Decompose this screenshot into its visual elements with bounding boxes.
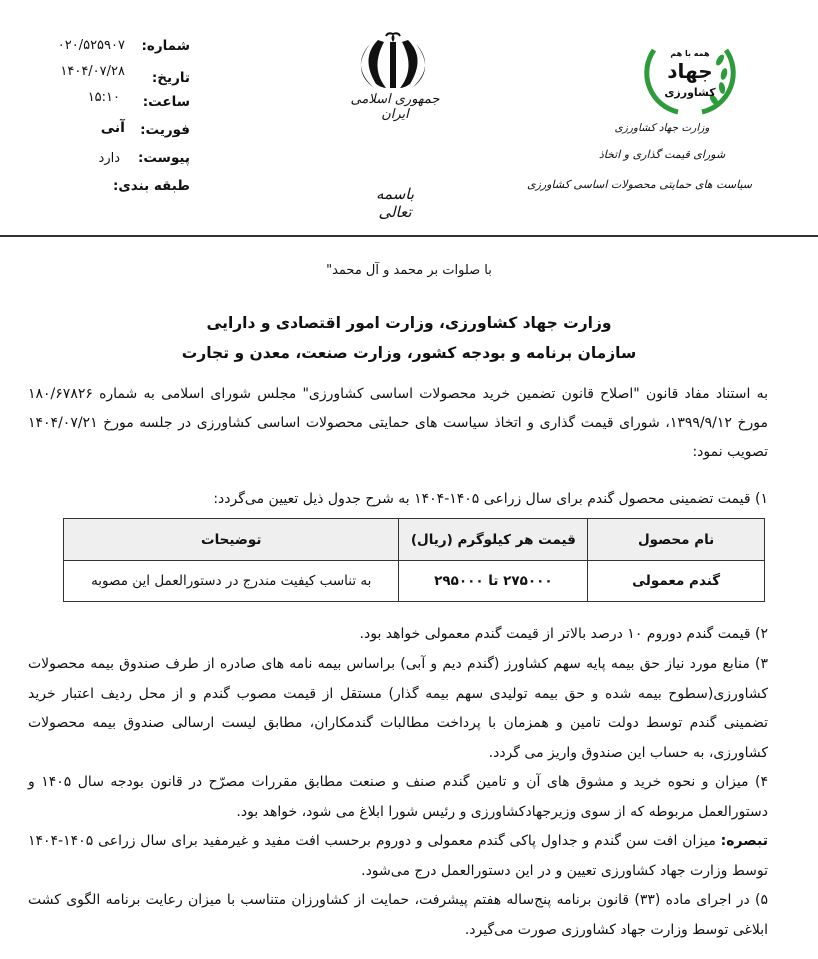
wheat-price-table: نام محصول قیمت هر کیلوگرم (ریال) توضیحات… — [63, 518, 765, 602]
note-label: تبصره: — [721, 833, 768, 849]
meta-label: فوریت: — [140, 122, 190, 138]
header-product: نام محصول — [588, 519, 765, 561]
recipient-line-2: سازمان برنامه و بودجه کشور، وزارت صنعت، … — [0, 338, 818, 368]
meta-classification: طبقه بندی: — [30, 168, 190, 194]
salawat-line: با صلوات بر محمد و آل محمد" — [0, 263, 818, 278]
intro-paragraph: به استناد مفاد قانون "اصلاح قانون تضمین … — [28, 380, 768, 467]
meta-label: شماره: — [141, 38, 190, 54]
svg-text:کشاورزی: کشاورزی — [664, 86, 716, 99]
cell-product: گندم معمولی — [588, 561, 765, 602]
bismillah: باسمه تعالی — [365, 185, 425, 221]
table-row: گندم معمولی ۲۷۵۰۰۰ تا ۲۹۵۰۰۰ به تناسب کی… — [64, 561, 765, 602]
meta-time: ساعت: ۱۵:۱۰ — [30, 90, 190, 116]
jihad-agriculture-logo: همه با هم جهاد کشاورزی — [640, 30, 740, 118]
meta-value: ۱۴۰۴/۰۷/۲۸ — [60, 64, 125, 79]
meta-label: تاریخ: — [152, 70, 190, 86]
meta-label: طبقه بندی: — [113, 178, 190, 194]
note-text: میزان افت سن گندم و جداول پاکی گندم معمو… — [28, 833, 768, 879]
clause-4: ۴) میزان و نحوه خرید و مشوق های آن و تام… — [28, 768, 768, 827]
clause-1: ۱) قیمت تضمینی محصول گندم برای سال زراعی… — [28, 491, 768, 507]
logo-council-line2: سیاست های حمایتی محصولات اساسی کشاورزی — [572, 178, 752, 191]
meta-value: دارد — [99, 151, 120, 166]
clause-5: ۵) در اجرای ماده (۳۳) قانون برنامه پنج‌س… — [28, 886, 768, 945]
recipients: وزارت جهاد کشاورزی، وزارت امور اقتصادی و… — [0, 308, 818, 368]
meta-value: ۰۲۰/۵۲۵۹۰۷ — [58, 38, 125, 53]
meta-label: ساعت: — [143, 94, 190, 110]
meta-value: ۱۵:۱۰ — [88, 90, 120, 105]
logo-council-line1: شورای قیمت گذاری و اتخاذ — [572, 148, 752, 161]
recipient-line-1: وزارت جهاد کشاورزی، وزارت امور اقتصادی و… — [0, 308, 818, 338]
clause-2: ۲) قیمت گندم دوروم ۱۰ درصد بالاتر از قیم… — [28, 620, 768, 650]
header-price: قیمت هر کیلوگرم (ریال) — [399, 519, 588, 561]
meta-date: تاریخ: ۱۴۰۴/۰۷/۲۸ — [30, 64, 190, 90]
cell-price: ۲۷۵۰۰۰ تا ۲۹۵۰۰۰ — [399, 561, 588, 602]
table-header-row: نام محصول قیمت هر کیلوگرم (ریال) توضیحات — [64, 519, 765, 561]
clause-3: ۳) منابع مورد نیاز حق بیمه پایه سهم کشاو… — [28, 650, 768, 768]
letter-metadata: شماره: ۰۲۰/۵۲۵۹۰۷ تاریخ: ۱۴۰۴/۰۷/۲۸ ساعت… — [30, 38, 190, 194]
note-clause: تبصره: میزان افت سن گندم و جداول پاکی گن… — [28, 827, 768, 886]
header-notes: توضیحات — [64, 519, 399, 561]
logo-ministry: وزارت جهاد کشاورزی — [572, 122, 752, 134]
meta-number: شماره: ۰۲۰/۵۲۵۹۰۷ — [30, 38, 190, 64]
svg-text:جهاد: جهاد — [667, 59, 712, 83]
meta-attachment: پیوست: دارد — [30, 142, 190, 168]
cell-notes: به تناسب کیفیت مندرج در دستورالعمل این م… — [64, 561, 399, 602]
meta-urgency: فوریت: آنی — [30, 116, 190, 142]
header-divider — [0, 235, 818, 237]
meta-label: پیوست: — [138, 150, 190, 166]
svg-text:همه با هم: همه با هم — [670, 49, 710, 58]
emblem-caption: جمهوری اسلامی ایران — [340, 92, 450, 122]
meta-value: آنی — [101, 120, 125, 136]
